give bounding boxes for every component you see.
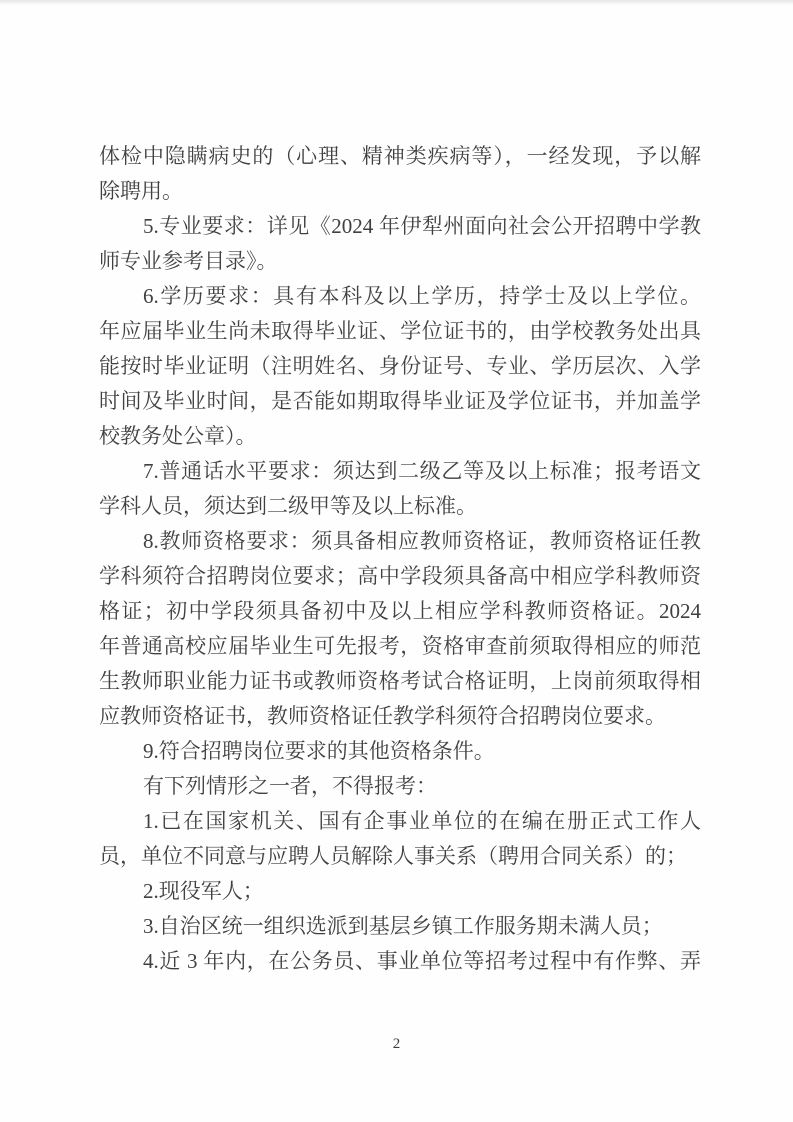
text-line: 学科人员，须达到二级甲等及以上标准。 [99,489,701,524]
text-line: 生教师职业能力证书或教师资格考试合格证明，上岗前须取得相 [99,664,701,699]
document-text: 体检中隐瞒病史的（心理、精神类疾病等），一经发现，予以解 除聘用。 5.专业要求… [99,139,701,979]
text-line: 师专业参考目录》。 [99,244,701,279]
text-line: 1.已在国家机关、国有企事业单位的在编在册正式工作人 [99,804,701,839]
text-line: 年应届毕业生尚未取得毕业证、学位证书的，由学校教务处出具 [99,314,701,349]
text-line: 格证；初中学段须具备初中及以上相应学科教师资格证。2024 [99,594,701,629]
text-line: 应教师资格证书，教师资格证任教学科须符合招聘岗位要求。 [99,699,701,734]
text-line: 校教务处公章）。 [99,419,701,454]
text-line: 有下列情形之一者，不得报考： [99,769,701,804]
text-line: 8.教师资格要求：须具备相应教师资格证，教师资格证任教 [99,524,701,559]
text-line: 2.现役军人； [99,874,701,909]
text-line: 4.近 3 年内，在公务员、事业单位等招考过程中有作弊、弄 [99,944,701,979]
document-page: 体检中隐瞒病史的（心理、精神类疾病等），一经发现，予以解 除聘用。 5.专业要求… [0,0,793,1122]
text-line: 年普通高校应届毕业生可先报考，资格审查前须取得相应的师范 [99,629,701,664]
text-line: 9.符合招聘岗位要求的其他资格条件。 [99,734,701,769]
text-line: 除聘用。 [99,174,701,209]
text-line: 体检中隐瞒病史的（心理、精神类疾病等），一经发现，予以解 [99,139,701,174]
text-line: 5.专业要求：详见《2024 年伊犁州面向社会公开招聘中学教 [99,209,701,244]
page-number: 2 [0,1034,793,1054]
text-line: 学科须符合招聘岗位要求；高中学段须具备高中相应学科教师资 [99,559,701,594]
text-line: 能按时毕业证明（注明姓名、身份证号、专业、学历层次、入学 [99,349,701,384]
text-line: 时间及毕业时间，是否能如期取得毕业证及学位证书，并加盖学 [99,384,701,419]
text-line: 6.学历要求：具有本科及以上学历，持学士及以上学位。2024 [99,279,701,314]
text-line: 3.自治区统一组织选派到基层乡镇工作服务期未满人员； [99,909,701,944]
text-line: 员，单位不同意与应聘人员解除人事关系（聘用合同关系）的； [99,839,701,874]
text-line: 7.普通话水平要求：须达到二级乙等及以上标准；报考语文 [99,454,701,489]
